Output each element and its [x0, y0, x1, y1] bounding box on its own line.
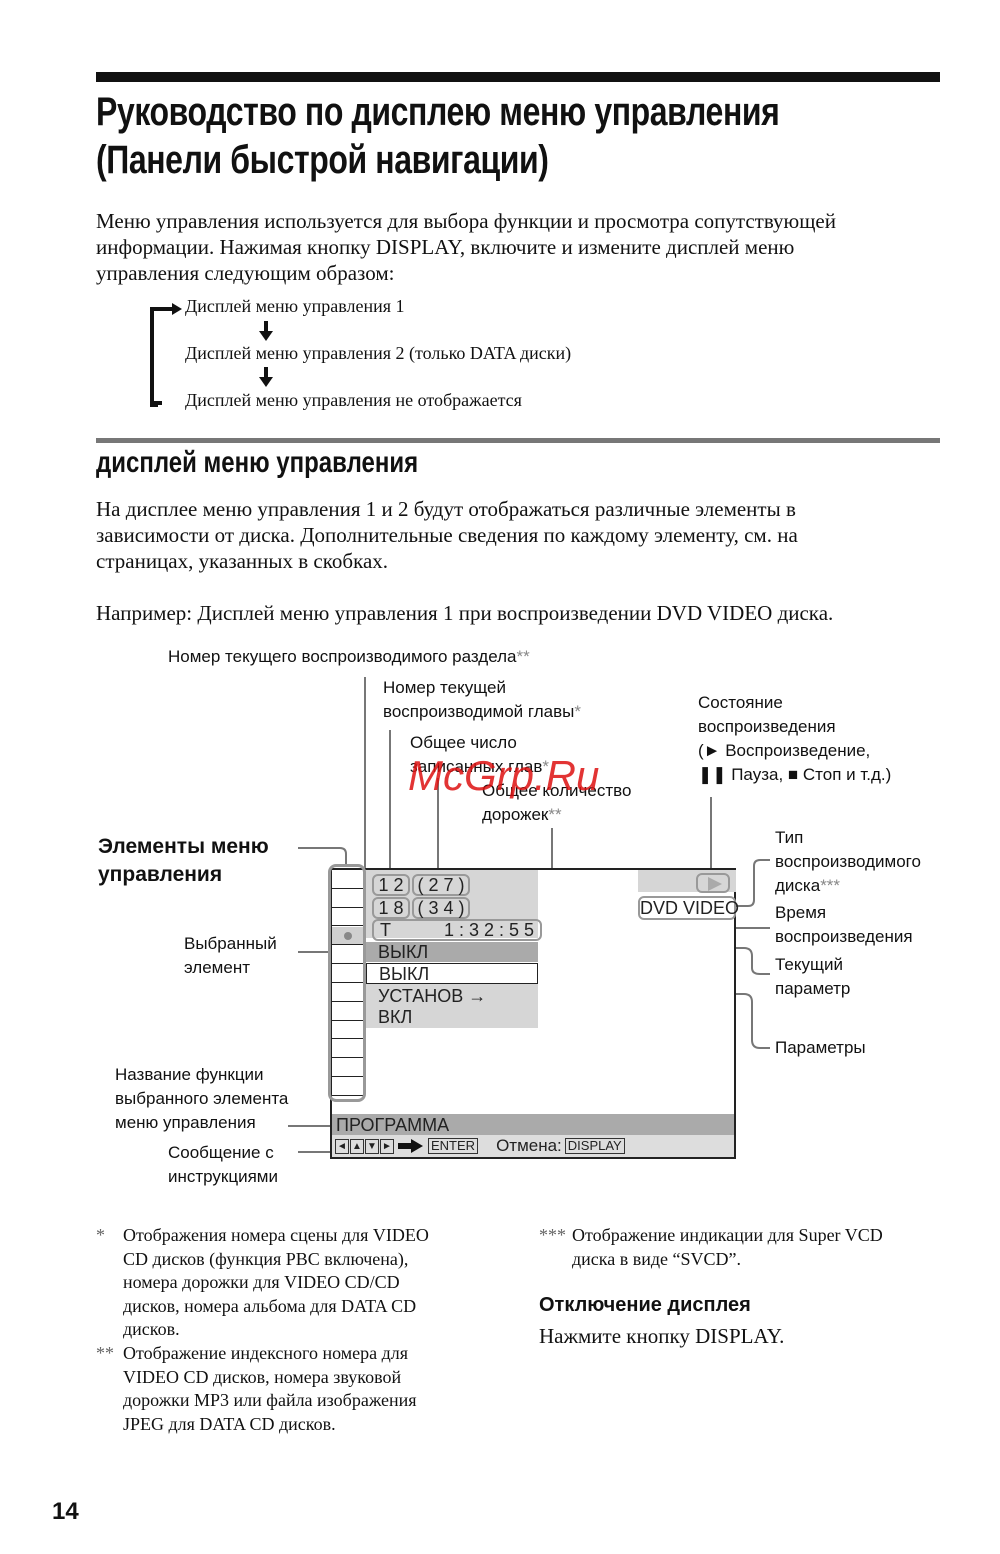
- callout-selected-item: Выбранный элемент: [184, 932, 277, 980]
- callout-function-name: Название функции выбранного элемента мен…: [115, 1063, 288, 1135]
- callout-menu-items: Элементы меню управления: [98, 833, 269, 889]
- footnote-line: диска в виде “SVCD”.: [572, 1248, 883, 1272]
- footnote-3: *** Отображение индикации для Super VCD …: [539, 1224, 883, 1271]
- callout-text: Сообщение с: [168, 1141, 278, 1165]
- cancel-label: Отмена:: [496, 1136, 562, 1156]
- footnote-line: дисков, номера альбома для DATA CD: [123, 1295, 429, 1319]
- menu-items-bracket: [328, 864, 366, 1102]
- play-icon: [699, 875, 729, 891]
- callout-text: Название функции: [115, 1063, 288, 1087]
- option-on[interactable]: ВКЛ: [378, 1007, 412, 1027]
- down-arrow-key-icon: ▼: [365, 1139, 379, 1154]
- function-name-bar: ПРОГРАММА: [332, 1114, 734, 1135]
- footnote-line: дисков.: [123, 1318, 429, 1342]
- callout-current-setting: Текущий параметр: [775, 953, 850, 1001]
- left-arrow-key-icon: ◄: [335, 1139, 349, 1154]
- callout-text: элемент: [184, 956, 277, 980]
- callout-text: воспроизведения: [775, 925, 913, 949]
- play-time-box: T 1 : 3 2 : 5 5: [372, 919, 542, 941]
- control-menu-screen: 1 2 ( 2 7 ) 1 8 ( 3 4 ) T 1 : 3 2 : 5 5 …: [330, 868, 736, 1159]
- instruction-bar: ◄ ▲ ▼ ► ENTER Отмена: DISPLAY: [332, 1135, 734, 1157]
- callout-section-number: Номер текущего воспроизводимого раздела*…: [168, 645, 530, 669]
- display-key-label: DISPLAY: [565, 1138, 625, 1154]
- disc-type: DVD VIDEO: [638, 896, 736, 920]
- footnote-line: дорожки MP3 или файла изображения: [123, 1389, 417, 1413]
- time-value: 1 : 3 2 : 5 5: [444, 921, 534, 939]
- footnote-line: CD дисков (функция PBC включена),: [123, 1248, 429, 1272]
- footnote-2: ** Отображение индексного номера для VID…: [96, 1342, 417, 1436]
- callout-text: Номер текущего воспроизводимого раздела: [168, 647, 517, 666]
- current-setting[interactable]: ВЫКЛ: [366, 942, 538, 962]
- chapter-total: ( 2 7 ): [412, 874, 470, 896]
- arrow-right-icon: [398, 1139, 424, 1153]
- callout-text: воспроизводимой главы: [383, 702, 574, 721]
- callout-text: управления: [98, 861, 269, 889]
- section-number: 1 8: [372, 897, 410, 919]
- footnote-line: JPEG для DATA CD дисков.: [123, 1413, 417, 1437]
- enter-key-label: ENTER: [428, 1138, 478, 1154]
- right-arrow-key-icon: ►: [380, 1139, 394, 1154]
- callout-text: воспроизводимого: [775, 850, 921, 874]
- footnote-line: Отображение индексного номера для: [123, 1342, 417, 1366]
- callout-text: Номер текущей: [383, 676, 581, 700]
- footnote-mark: **: [548, 805, 561, 824]
- time-label: T: [380, 920, 391, 940]
- footnote-line: VIDEO CD дисков, номера звуковой: [123, 1366, 417, 1390]
- callout-play-time: Время воспроизведения: [775, 901, 913, 949]
- footnote-mark: *: [574, 702, 581, 721]
- callout-text: воспроизведения: [698, 715, 891, 739]
- footnote-mark: *: [96, 1224, 105, 1248]
- callout-text: Элементы меню: [98, 833, 269, 861]
- callout-text: параметр: [775, 977, 850, 1001]
- up-arrow-key-icon: ▲: [350, 1139, 364, 1154]
- callout-options: Параметры: [775, 1036, 866, 1060]
- callout-text: Тип: [775, 826, 921, 850]
- callout-text: Состояние: [698, 691, 891, 715]
- page-number: 14: [52, 1498, 79, 1526]
- footnote-line: Отображения номера сцены для VIDEO: [123, 1224, 429, 1248]
- footnote-mark: **: [517, 647, 530, 666]
- callout-chapter-number: Номер текущей воспроизводимой главы*: [383, 676, 581, 724]
- footnote-mark: ***: [820, 876, 840, 895]
- callout-text: Выбранный: [184, 932, 277, 956]
- callout-text: (► Воспроизведение,: [698, 739, 891, 763]
- footnote-1: * Отображения номера сцены для VIDEO CD …: [96, 1224, 429, 1342]
- callout-operation-message: Сообщение с инструкциями: [168, 1141, 278, 1189]
- callout-text: выбранного элемента: [115, 1087, 288, 1111]
- footnote-line: номера дорожки для VIDEO CD/CD: [123, 1271, 429, 1295]
- option-set[interactable]: УСТАНОВ →: [378, 986, 486, 1006]
- callout-text: меню управления: [115, 1111, 288, 1135]
- turn-off-heading: Отключение дисплея: [539, 1294, 751, 1317]
- callout-text: Время: [775, 901, 913, 925]
- footnote-mark: **: [96, 1342, 114, 1366]
- chapter-number: 1 2: [372, 874, 410, 896]
- callout-text: Текущий: [775, 953, 850, 977]
- footnote-mark: ***: [539, 1224, 566, 1248]
- play-status-indicator: [696, 873, 730, 893]
- section-total: ( 3 4 ): [412, 897, 470, 919]
- option-off[interactable]: ВЫКЛ: [366, 963, 538, 984]
- callout-disc-type: Тип воспроизводимого диска***: [775, 826, 921, 898]
- callout-text: диска: [775, 876, 820, 895]
- callout-text: ❚❚ Пауза, ■ Стоп и т.д.): [698, 763, 891, 787]
- callout-text: инструкциями: [168, 1165, 278, 1189]
- footnote-line: Отображение индикации для Super VCD: [572, 1224, 883, 1248]
- watermark: McGrp.Ru: [408, 752, 599, 800]
- turn-off-text: Нажмите кнопку DISPLAY.: [539, 1323, 784, 1349]
- callout-play-status: Состояние воспроизведения (► Воспроизвед…: [698, 691, 891, 787]
- callout-text: дорожек: [482, 805, 548, 824]
